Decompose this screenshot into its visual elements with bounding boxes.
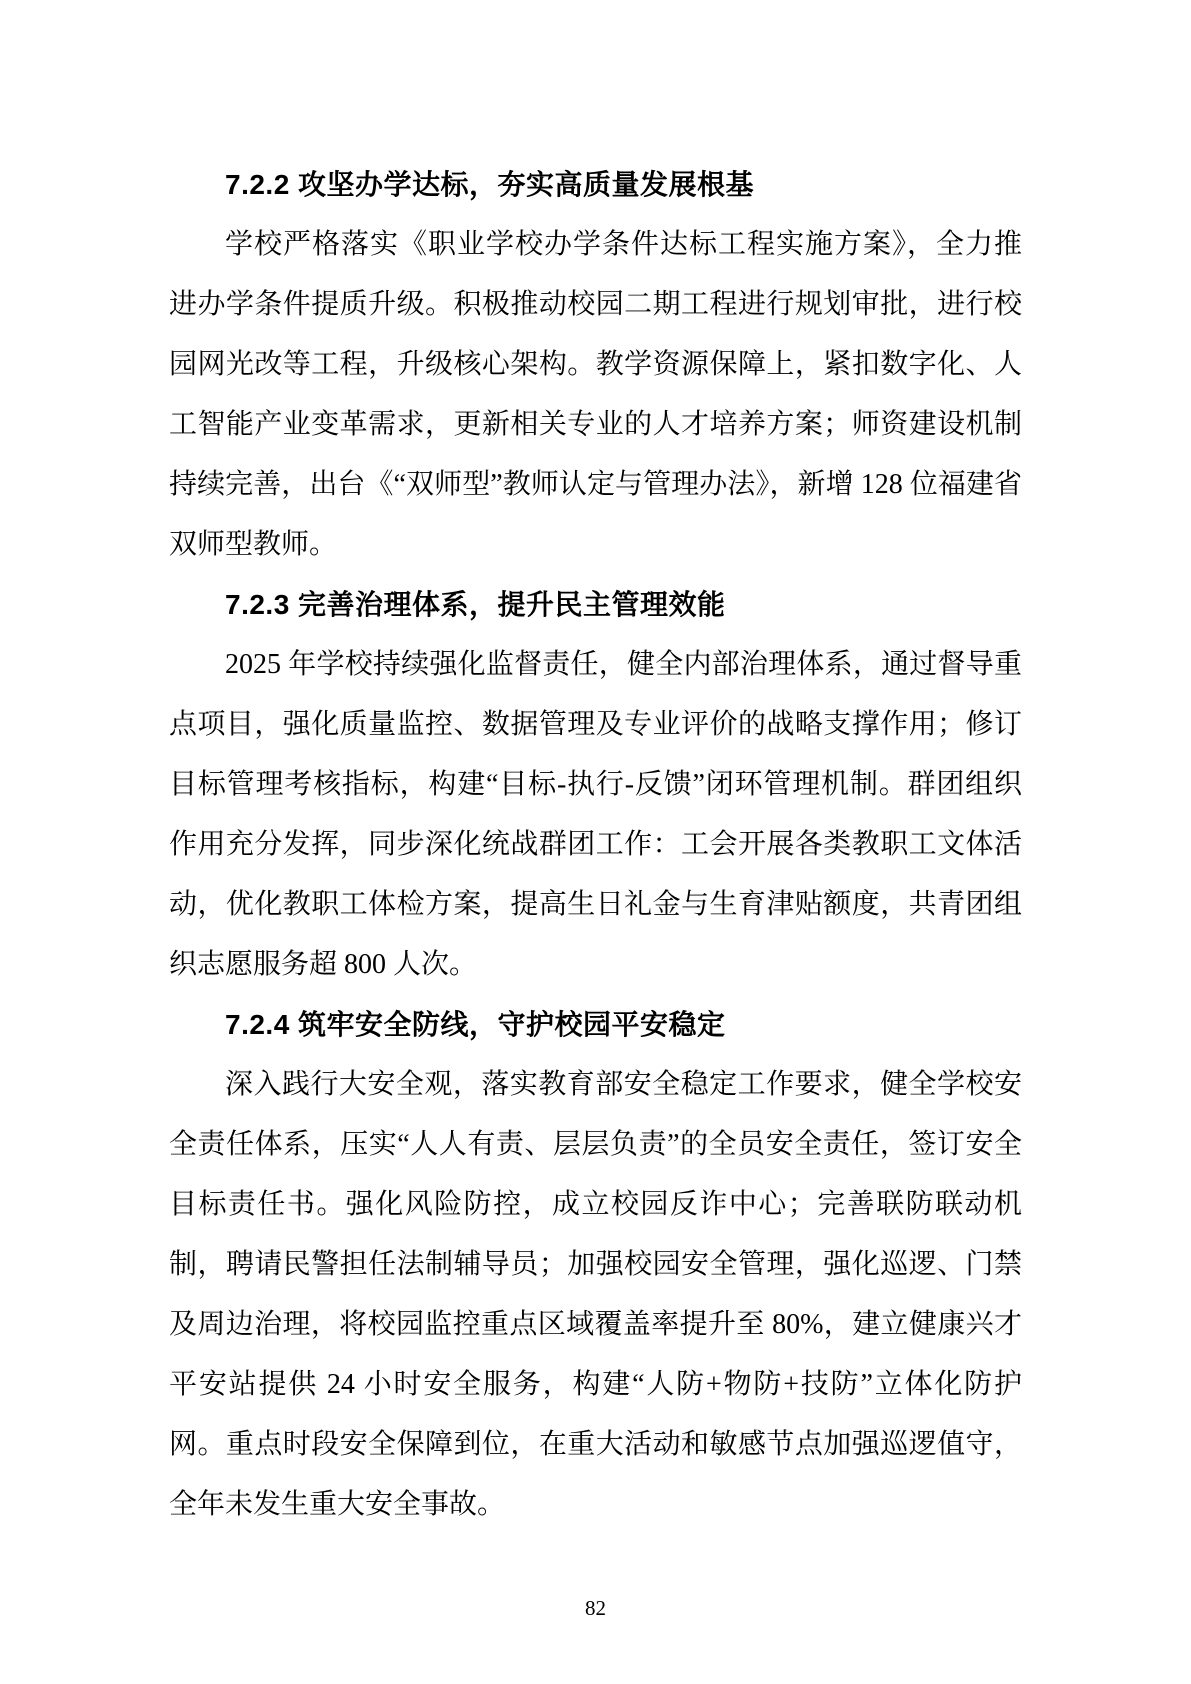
section-heading: 7.2.2 攻坚办学达标，夯实高质量发展根基 bbox=[169, 155, 1022, 215]
paragraph: 深入践行大安全观，落实教育部安全稳定工作要求，健全学校安全责任体系，压实“人人有… bbox=[169, 1055, 1022, 1535]
section-heading: 7.2.4 筑牢安全防线，守护校园平安稳定 bbox=[169, 995, 1022, 1055]
section-7-2-3: 7.2.3 完善治理体系，提升民主管理效能 2025 年学校持续强化监督责任，健… bbox=[169, 575, 1022, 995]
paragraph: 学校严格落实《职业学校办学条件达标工程实施方案》，全力推进办学条件提质升级。积极… bbox=[169, 215, 1022, 575]
paragraph: 2025 年学校持续强化监督责任，健全内部治理体系，通过督导重点项目，强化质量监… bbox=[169, 635, 1022, 995]
section-7-2-4: 7.2.4 筑牢安全防线，守护校园平安稳定 深入践行大安全观，落实教育部安全稳定… bbox=[169, 995, 1022, 1535]
section-heading: 7.2.3 完善治理体系，提升民主管理效能 bbox=[169, 575, 1022, 635]
page-footer: 82 bbox=[0, 1594, 1191, 1622]
section-7-2-2: 7.2.2 攻坚办学达标，夯实高质量发展根基 学校严格落实《职业学校办学条件达标… bbox=[169, 155, 1022, 575]
document-page: 7.2.2 攻坚办学达标，夯实高质量发展根基 学校严格落实《职业学校办学条件达标… bbox=[0, 0, 1191, 1684]
page-number: 82 bbox=[585, 1596, 606, 1620]
